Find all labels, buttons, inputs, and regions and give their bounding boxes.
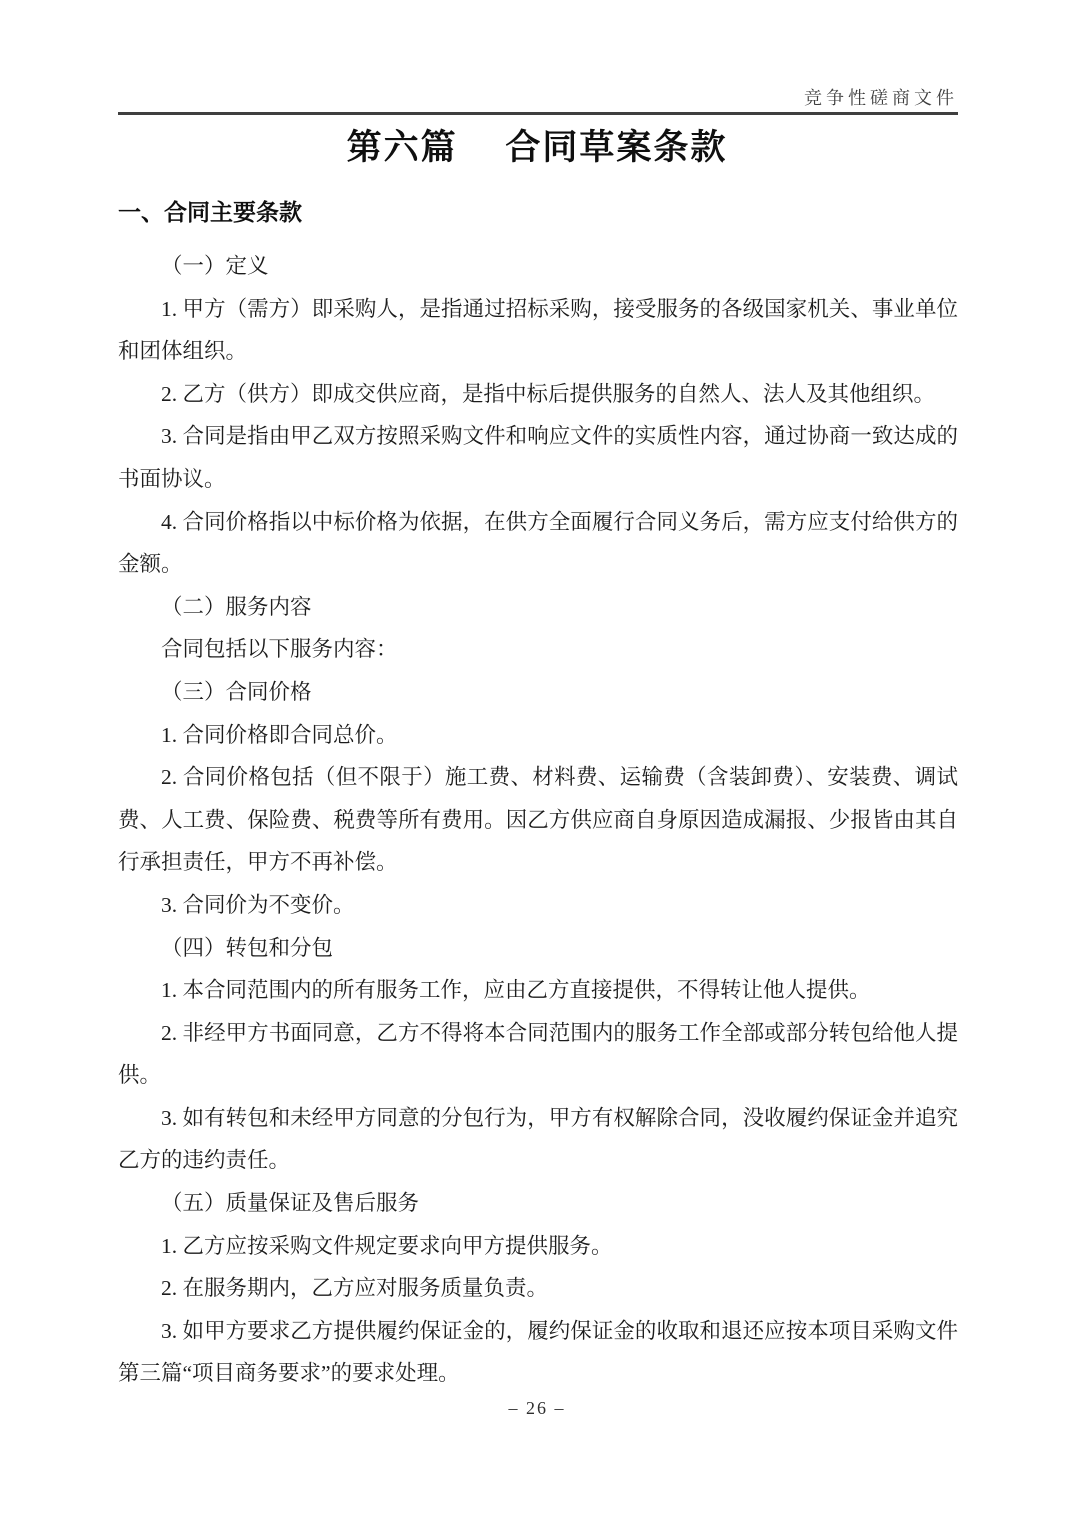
section-heading: 一、合同主要条款 — [118, 194, 302, 227]
document-page: 竞争性磋商文件 第六篇 合同草案条款 一、合同主要条款 （一）定义 1. 甲方（… — [0, 0, 1074, 1520]
paragraph: 2. 合同价格包括（但不限于）施工费、材料费、运输费（含装卸费）、安装费、调试费… — [118, 756, 958, 884]
paragraph: 4. 合同价格指以中标价格为依据，在供方全面履行合同义务后，需方应支付给供方的金… — [118, 501, 958, 586]
paragraph: 1. 合同价格即合同总价。 — [118, 714, 958, 757]
paragraph: 2. 乙方（供方）即成交供应商，是指中标后提供服务的自然人、法人及其他组织。 — [118, 373, 958, 416]
document-body: （一）定义 1. 甲方（需方）即采购人，是指通过招标采购，接受服务的各级国家机关… — [118, 245, 958, 1395]
paragraph: 3. 如甲方要求乙方提供履约保证金的，履约保证金的收取和退还应按本项目采购文件第… — [118, 1310, 958, 1395]
paragraph: （五）质量保证及售后服务 — [118, 1182, 958, 1225]
header-rule — [118, 112, 958, 115]
paragraph: 3. 合同价为不变价。 — [118, 884, 958, 927]
paragraph: （一）定义 — [118, 245, 958, 288]
header-text: 竞争性磋商文件 — [118, 84, 958, 110]
paragraph: 1. 甲方（需方）即采购人，是指通过招标采购，接受服务的各级国家机关、事业单位和… — [118, 288, 958, 373]
paragraph: 2. 非经甲方书面同意，乙方不得将本合同范围内的服务工作全部或部分转包给他人提供… — [118, 1012, 958, 1097]
page-title: 第六篇 合同草案条款 — [0, 120, 1074, 170]
paragraph: 1. 乙方应按采购文件规定要求向甲方提供服务。 — [118, 1225, 958, 1268]
paragraph: 2. 在服务期内，乙方应对服务质量负责。 — [118, 1267, 958, 1310]
page-number: – 26 – — [0, 1398, 1074, 1419]
paragraph: （四）转包和分包 — [118, 927, 958, 970]
paragraph: 1. 本合同范围内的所有服务工作，应由乙方直接提供，不得转让他人提供。 — [118, 969, 958, 1012]
paragraph: （二）服务内容 — [118, 586, 958, 629]
paragraph: 合同包括以下服务内容： — [118, 628, 958, 671]
paragraph: （三）合同价格 — [118, 671, 958, 714]
paragraph: 3. 如有转包和未经甲方同意的分包行为，甲方有权解除合同，没收履约保证金并追究乙… — [118, 1097, 958, 1182]
paragraph: 3. 合同是指由甲乙双方按照采购文件和响应文件的实质性内容，通过协商一致达成的书… — [118, 415, 958, 500]
